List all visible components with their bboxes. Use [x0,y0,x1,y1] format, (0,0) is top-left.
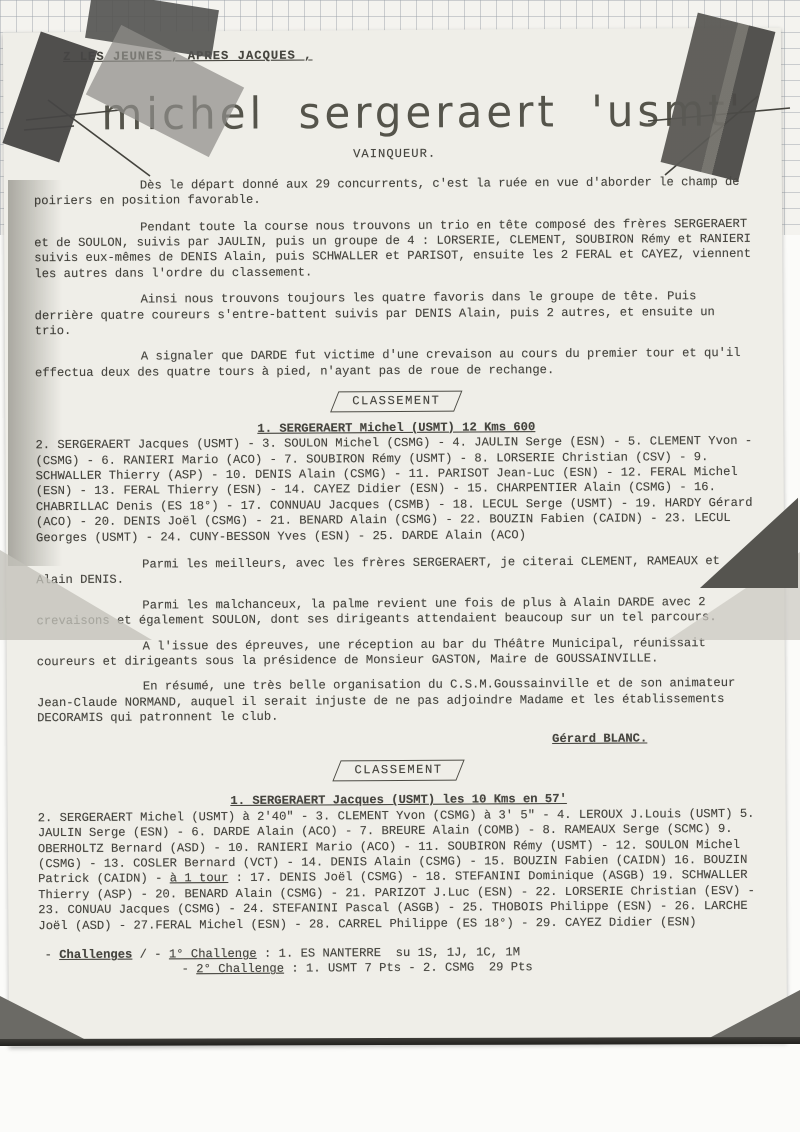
scanned-race-report: Z LES JEUNES , APRES JACQUES , michel se… [0,0,800,1132]
paragraph-course: Pendant toute la course nous trouvons un… [34,216,756,282]
challenge2-label: 2° Challenge [196,962,284,977]
classement1-box: CLASSEMENT [330,391,463,413]
paragraph-meilleurs: Parmi les meilleurs, avec les frères SER… [36,554,758,589]
challenge2-value: 1. USMT 7 Pts - 2. CSMG 29 Pts [306,961,533,976]
paragraph-reception: A l'issue des épreuves, une réception au… [37,635,759,670]
paragraph-favoris: Ainsi nous trouvons toujours les quatre … [35,289,757,340]
challenges-heading: Challenges [59,948,132,962]
classement1-results: 2. SERGERAERT Jacques (USMT) - 3. SOULON… [35,434,758,546]
paragraph-depart: Dès le départ donné aux 29 concurrents, … [34,175,756,210]
typed-content: Z LES JEUNES , APRES JACQUES , michel se… [3,28,787,980]
paragraph-darde: A signaler que DARDE fut victime d'une c… [35,346,757,381]
challenge1-value: 1. ES NANTERRE su 1S, 1J, 1C, 1M [279,945,520,960]
header-note: Z LES JEUNES , APRES JACQUES , [63,46,755,66]
a-un-tour-label: à 1 tour [170,871,229,885]
challenge-row-2: - 2° Challenge : 1. USMT 7 Pts - 2. CSMG… [182,959,761,978]
paragraph-malchanceux: Parmi les malchanceux, la palme revient … [36,595,758,630]
subtitle-vainqueur: VAINQUEUR. [34,145,756,165]
classement1-box-label: CLASSEMENT [352,394,440,410]
challenges-section: - Challenges / - 1° Challenge : 1. ES NA… [45,944,761,979]
classement2-box: CLASSEMENT [332,760,465,782]
signature: Gérard BLANC. [37,731,647,750]
classement2-box-label: CLASSEMENT [354,763,442,779]
paper-sheet: Z LES JEUNES , APRES JACQUES , michel se… [3,28,787,1047]
paragraph-resume: En résumé, une très belle organisation d… [37,676,759,727]
challenge1-label: 1° Challenge [169,947,257,962]
classement2-results: 2. SERGERAERT Michel (USMT) à 2'40" - 3.… [38,807,761,935]
page-title: michel sergeraert 'usmt' [101,84,755,142]
